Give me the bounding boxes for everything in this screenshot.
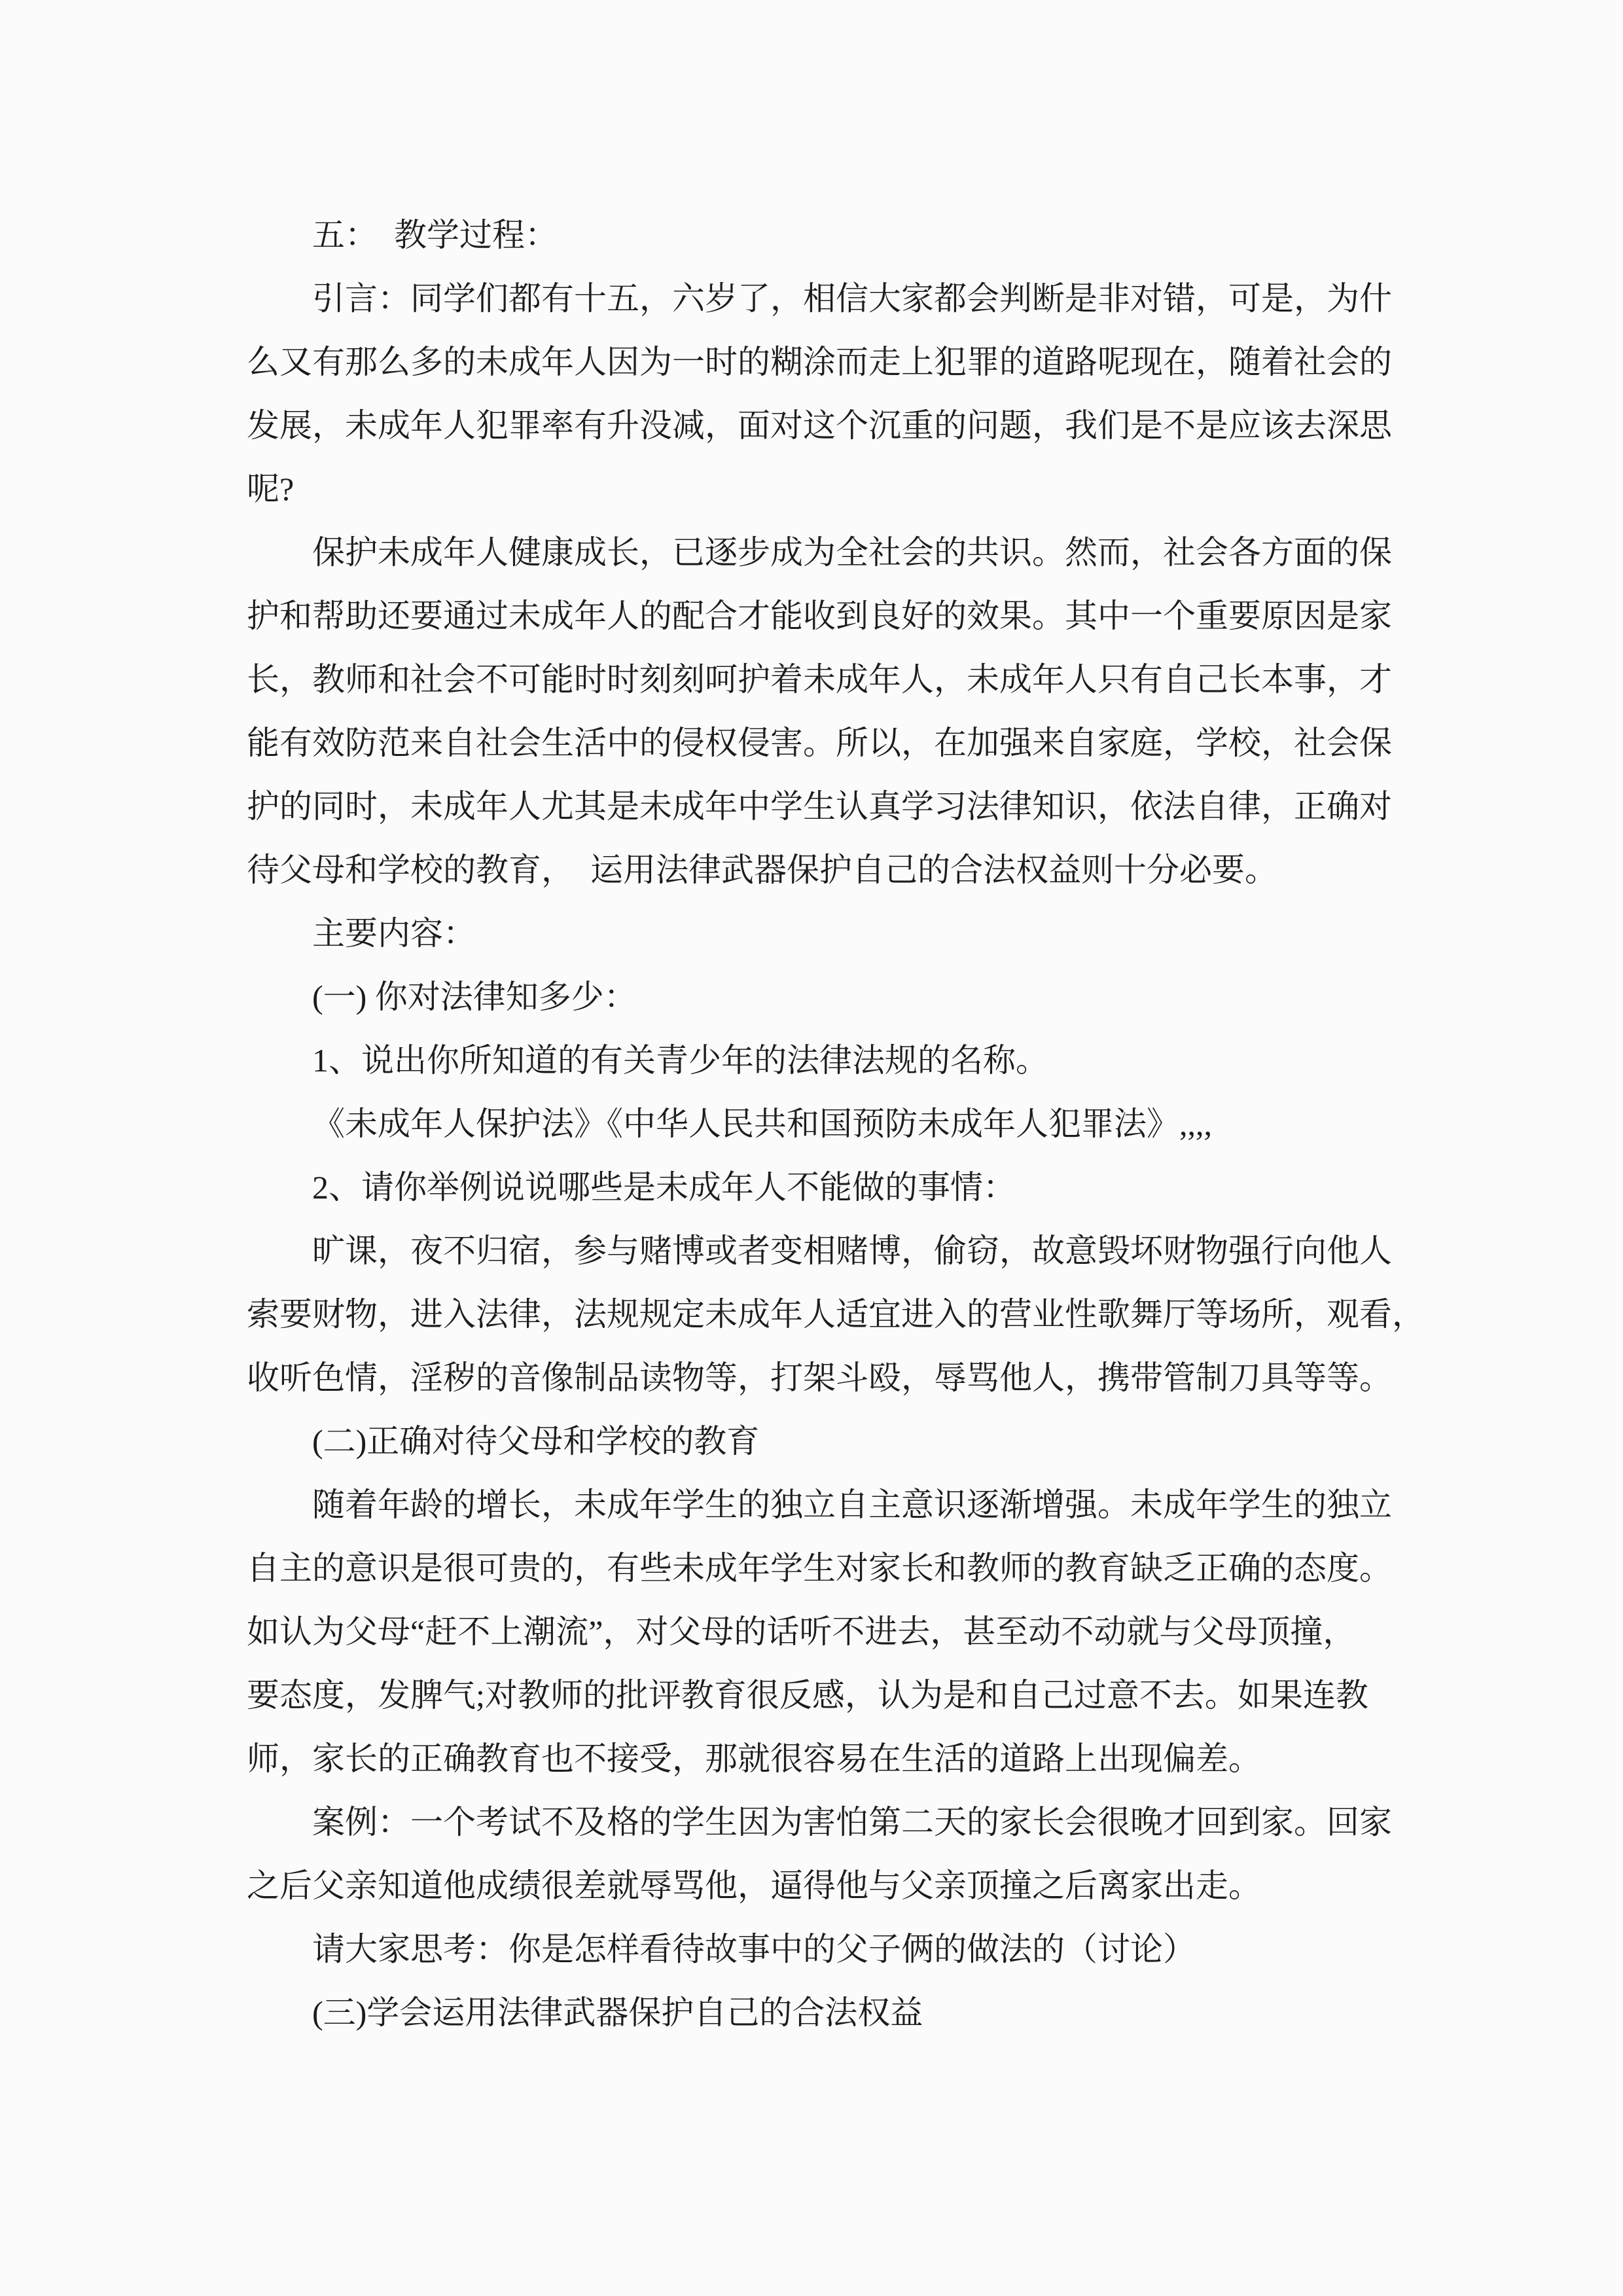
document-body: 五： 教学过程：引言：同学们都有十五，六岁了，相信大家都会判断是非对错，可是，为… bbox=[247, 204, 1418, 2045]
text-line: 护和帮助还要通过未成年人的配合才能收到良好的效果。其中一个重要原因是家 bbox=[247, 584, 1418, 648]
text-line: 发展，未成年人犯罪率有升没减，面对这个沉重的问题，我们是不是应该去深思 bbox=[247, 394, 1418, 457]
text-line: 请大家思考：你是怎样看待故事中的父子俩的做法的（讨论） bbox=[247, 1918, 1418, 1981]
text-line: 《未成年人保护法》《中华人民共和国预防未成年人犯罪法》,,,, bbox=[247, 1092, 1418, 1156]
text-line: 案例：一个考试不及格的学生因为害怕第二天的家长会很晚才回到家。回家 bbox=[247, 1791, 1418, 1854]
text-line: (一) 你对法律知多少： bbox=[247, 965, 1418, 1029]
text-line: 2、请你举例说说哪些是未成年人不能做的事情： bbox=[247, 1156, 1418, 1219]
text-line: 师，家长的正确教育也不接受，那就很容易在生活的道路上出现偏差。 bbox=[247, 1727, 1418, 1791]
text-line: 要态度，发脾气;对教师的批评教育很反感，认为是和自己过意不去。如果连教 bbox=[247, 1664, 1418, 1727]
text-line: 索要财物，进入法律，法规规定未成年人适宜进入的营业性歌舞厅等场所，观看， bbox=[247, 1283, 1418, 1346]
text-line: 引言：同学们都有十五，六岁了，相信大家都会判断是非对错，可是，为什 bbox=[247, 267, 1418, 331]
text-line: 么又有那么多的未成年人因为一时的糊涂而走上犯罪的道路呢现在，随着社会的 bbox=[247, 331, 1418, 394]
text-line: 呢? bbox=[247, 457, 1418, 521]
text-line: (三)学会运用法律武器保护自己的合法权益 bbox=[247, 1981, 1418, 2045]
document-page: 五： 教学过程：引言：同学们都有十五，六岁了，相信大家都会判断是非对错，可是，为… bbox=[0, 0, 1623, 2296]
text-line: (二)正确对待父母和学校的教育 bbox=[247, 1410, 1418, 1473]
text-line: 主要内容： bbox=[247, 902, 1418, 965]
text-line: 保护未成年人健康成长，已逐步成为全社会的共识。然而，社会各方面的保 bbox=[247, 521, 1418, 584]
text-line: 旷课，夜不归宿，参与赌博或者变相赌博，偷窃，故意毁坏财物强行向他人 bbox=[247, 1219, 1418, 1283]
text-line: 1、说出你所知道的有关青少年的法律法规的名称。 bbox=[247, 1029, 1418, 1092]
text-line: 如认为父母“赶不上潮流”，对父母的话听不进去，甚至动不动就与父母顶撞， bbox=[247, 1600, 1418, 1664]
text-line: 自主的意识是很可贵的，有些未成年学生对家长和教师的教育缺乏正确的态度。 bbox=[247, 1537, 1418, 1600]
text-line: 收听色情，淫秽的音像制品读物等，打架斗殴，辱骂他人，携带管制刀具等等。 bbox=[247, 1346, 1418, 1410]
text-line: 之后父亲知道他成绩很差就辱骂他，逼得他与父亲顶撞之后离家出走。 bbox=[247, 1854, 1418, 1918]
text-line: 五： 教学过程： bbox=[247, 204, 1418, 267]
text-line: 能有效防范来自社会生活中的侵权侵害。所以，在加强来自家庭，学校，社会保 bbox=[247, 711, 1418, 775]
text-line: 待父母和学校的教育， 运用法律武器保护自己的合法权益则十分必要。 bbox=[247, 838, 1418, 902]
text-line: 长，教师和社会不可能时时刻刻呵护着未成年人，未成年人只有自己长本事，才 bbox=[247, 648, 1418, 711]
text-line: 护的同时，未成年人尤其是未成年中学生认真学习法律知识，依法自律，正确对 bbox=[247, 775, 1418, 838]
text-line: 随着年龄的增长，未成年学生的独立自主意识逐渐增强。未成年学生的独立 bbox=[247, 1473, 1418, 1537]
